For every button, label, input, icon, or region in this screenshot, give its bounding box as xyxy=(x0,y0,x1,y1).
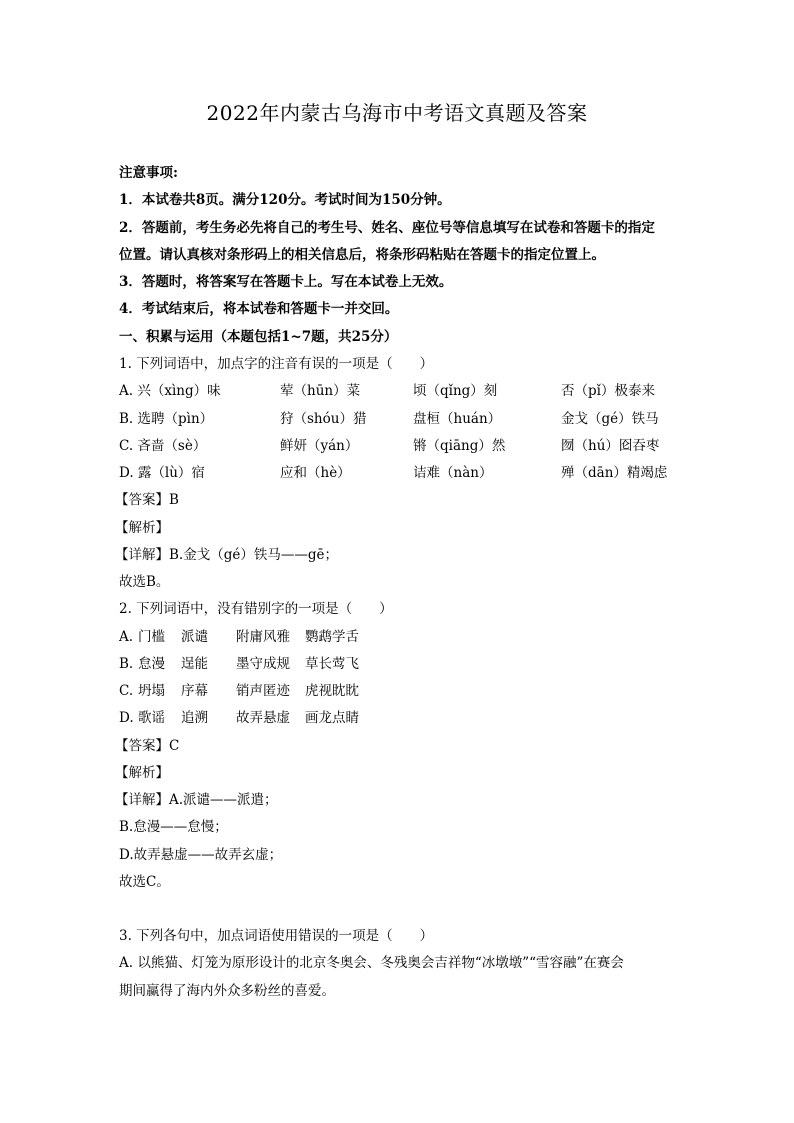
section-heading: 一、积累与运用（本题包括1~7题，共25分） xyxy=(119,328,397,346)
option-cell: 应和（hè） xyxy=(280,464,351,482)
option-cell: A. 兴（xìng）味 xyxy=(119,382,221,400)
option-cell: 狩（shóu）猎 xyxy=(280,410,366,428)
option-word: 画龙点睛 xyxy=(305,709,359,727)
option-word: 坍塌 xyxy=(138,682,165,700)
option-cell: C. 吝啬（sè） xyxy=(119,437,206,455)
analysis-label: 【解析】 xyxy=(115,519,169,537)
option-letter: D. xyxy=(119,709,134,727)
notice-heading: 注意事项: xyxy=(119,164,178,182)
option-letter: A. xyxy=(119,628,133,646)
option-row-c: C. 吝啬（sè） 鲜妍（yán） 锵（qiāng）然 囫（hú）囵吞枣 xyxy=(119,437,699,455)
detail-text: D.故弄悬虚——故弄玄虚； xyxy=(119,846,282,864)
notice-item: 2．答题前，考生务必先将自己的考生号、姓名、座位号等信息填写在试卷和答题卡的指定 xyxy=(119,219,655,237)
option-text: A. 以熊猫、灯笼为原形设计的北京冬奥会、冬残奥会吉祥物“冰墩墩”“雪容融”在赛… xyxy=(119,954,624,972)
detail-text: 【详解】A.派谴——派遣； xyxy=(115,791,278,809)
option-cell: 顷（qǐng）刻 xyxy=(413,382,497,400)
option-word: 销声匿迹 xyxy=(236,682,290,700)
option-row-c: C. 坍塌 序幕 销声匿迹 虎视眈眈 xyxy=(119,682,699,700)
document-page: 2022年内蒙古乌海市中考语文真题及答案 注意事项: 1．本试卷共8页。满分12… xyxy=(0,0,794,1123)
detail-text: 【详解】B.金戈（gé）铁马——gē； xyxy=(115,546,338,564)
option-cell: 囫（hú）囵吞枣 xyxy=(561,437,659,455)
option-row-b: B. 选聘（pìn） 狩（shóu）猎 盘桓（huán） 金戈（gé）铁马 xyxy=(119,410,699,428)
notice-item: 3．答题时，将答案写在答题卡上。写在本试卷上无效。 xyxy=(119,273,452,291)
analysis-label: 【解析】 xyxy=(115,764,169,782)
option-row-d: D. 露（lù）宿 应和（hè） 诘难（nàn） 殚（dān）精竭虑 xyxy=(119,464,699,482)
option-row-a: A. 兴（xìng）味 荤（hūn）菜 顷（qǐng）刻 否（pǐ）极泰来 xyxy=(119,382,699,400)
option-row-b: B. 怠漫 逞能 墨守成规 草长莺飞 xyxy=(119,655,699,673)
option-word: 墨守成规 xyxy=(236,655,290,673)
conclusion-text: 故选B。 xyxy=(119,573,169,591)
option-cell: 盘桓（huán） xyxy=(413,410,501,428)
option-letter: C. xyxy=(119,682,133,700)
option-word: 草长莺飞 xyxy=(305,655,359,673)
answer-label: 【答案】C xyxy=(115,737,179,755)
option-text: 期间赢得了海内外众多粉丝的喜爱。 xyxy=(119,982,335,1000)
notice-item: 4．考试结束后，将本试卷和答题卡一并交回。 xyxy=(119,300,398,318)
option-row-d: D. 歌谣 追溯 故弄悬虚 画龙点睛 xyxy=(119,709,699,727)
option-cell: 诘难（nàn） xyxy=(413,464,492,482)
option-word: 歌谣 xyxy=(138,709,165,727)
option-cell: 鲜妍（yán） xyxy=(280,437,358,455)
notice-item: 位置。请认真核对条形码上的相关信息后，将条形码粘贴在答题卡的指定位置上。 xyxy=(119,246,605,264)
option-word: 故弄悬虚 xyxy=(236,709,290,727)
option-cell: D. 露（lù）宿 xyxy=(119,464,205,482)
question-stem: 2. 下列词语中，没有错别字的一项是（ ） xyxy=(119,600,393,618)
option-cell: 锵（qiāng）然 xyxy=(413,437,505,455)
notice-item: 1．本试卷共8页。满分120分。考试时间为150分钟。 xyxy=(119,191,451,209)
option-word: 怠漫 xyxy=(138,655,165,673)
option-word: 附庸风雅 xyxy=(236,628,290,646)
option-word: 门槛 xyxy=(138,628,165,646)
option-letter: B. xyxy=(119,655,133,673)
conclusion-text: 故选C。 xyxy=(119,873,170,891)
option-word: 追溯 xyxy=(181,709,208,727)
option-row-a: A. 门槛 派谴 附庸风雅 鹦鹉学舌 xyxy=(119,628,699,646)
detail-text: B.怠漫——怠慢； xyxy=(119,818,228,836)
option-cell: 否（pǐ）极泰来 xyxy=(561,382,655,400)
option-word: 派谴 xyxy=(181,628,208,646)
option-cell: 殚（dān）精竭虑 xyxy=(561,464,667,482)
option-word: 逞能 xyxy=(181,655,208,673)
question-stem: 1. 下列词语中，加点字的注音有误的一项是（ ） xyxy=(119,355,433,373)
question-stem: 3. 下列各句中，加点词语使用错误的一项是（ ） xyxy=(119,927,433,945)
answer-label: 【答案】B xyxy=(115,491,179,509)
option-cell: 荤（hūn）菜 xyxy=(280,382,360,400)
option-word: 鹦鹉学舌 xyxy=(305,628,359,646)
option-cell: 金戈（gé）铁马 xyxy=(561,410,659,428)
option-word: 序幕 xyxy=(181,682,208,700)
option-word: 虎视眈眈 xyxy=(305,682,359,700)
document-title: 2022年内蒙古乌海市中考语文真题及答案 xyxy=(0,100,794,126)
option-cell: B. 选聘（pìn） xyxy=(119,410,213,428)
